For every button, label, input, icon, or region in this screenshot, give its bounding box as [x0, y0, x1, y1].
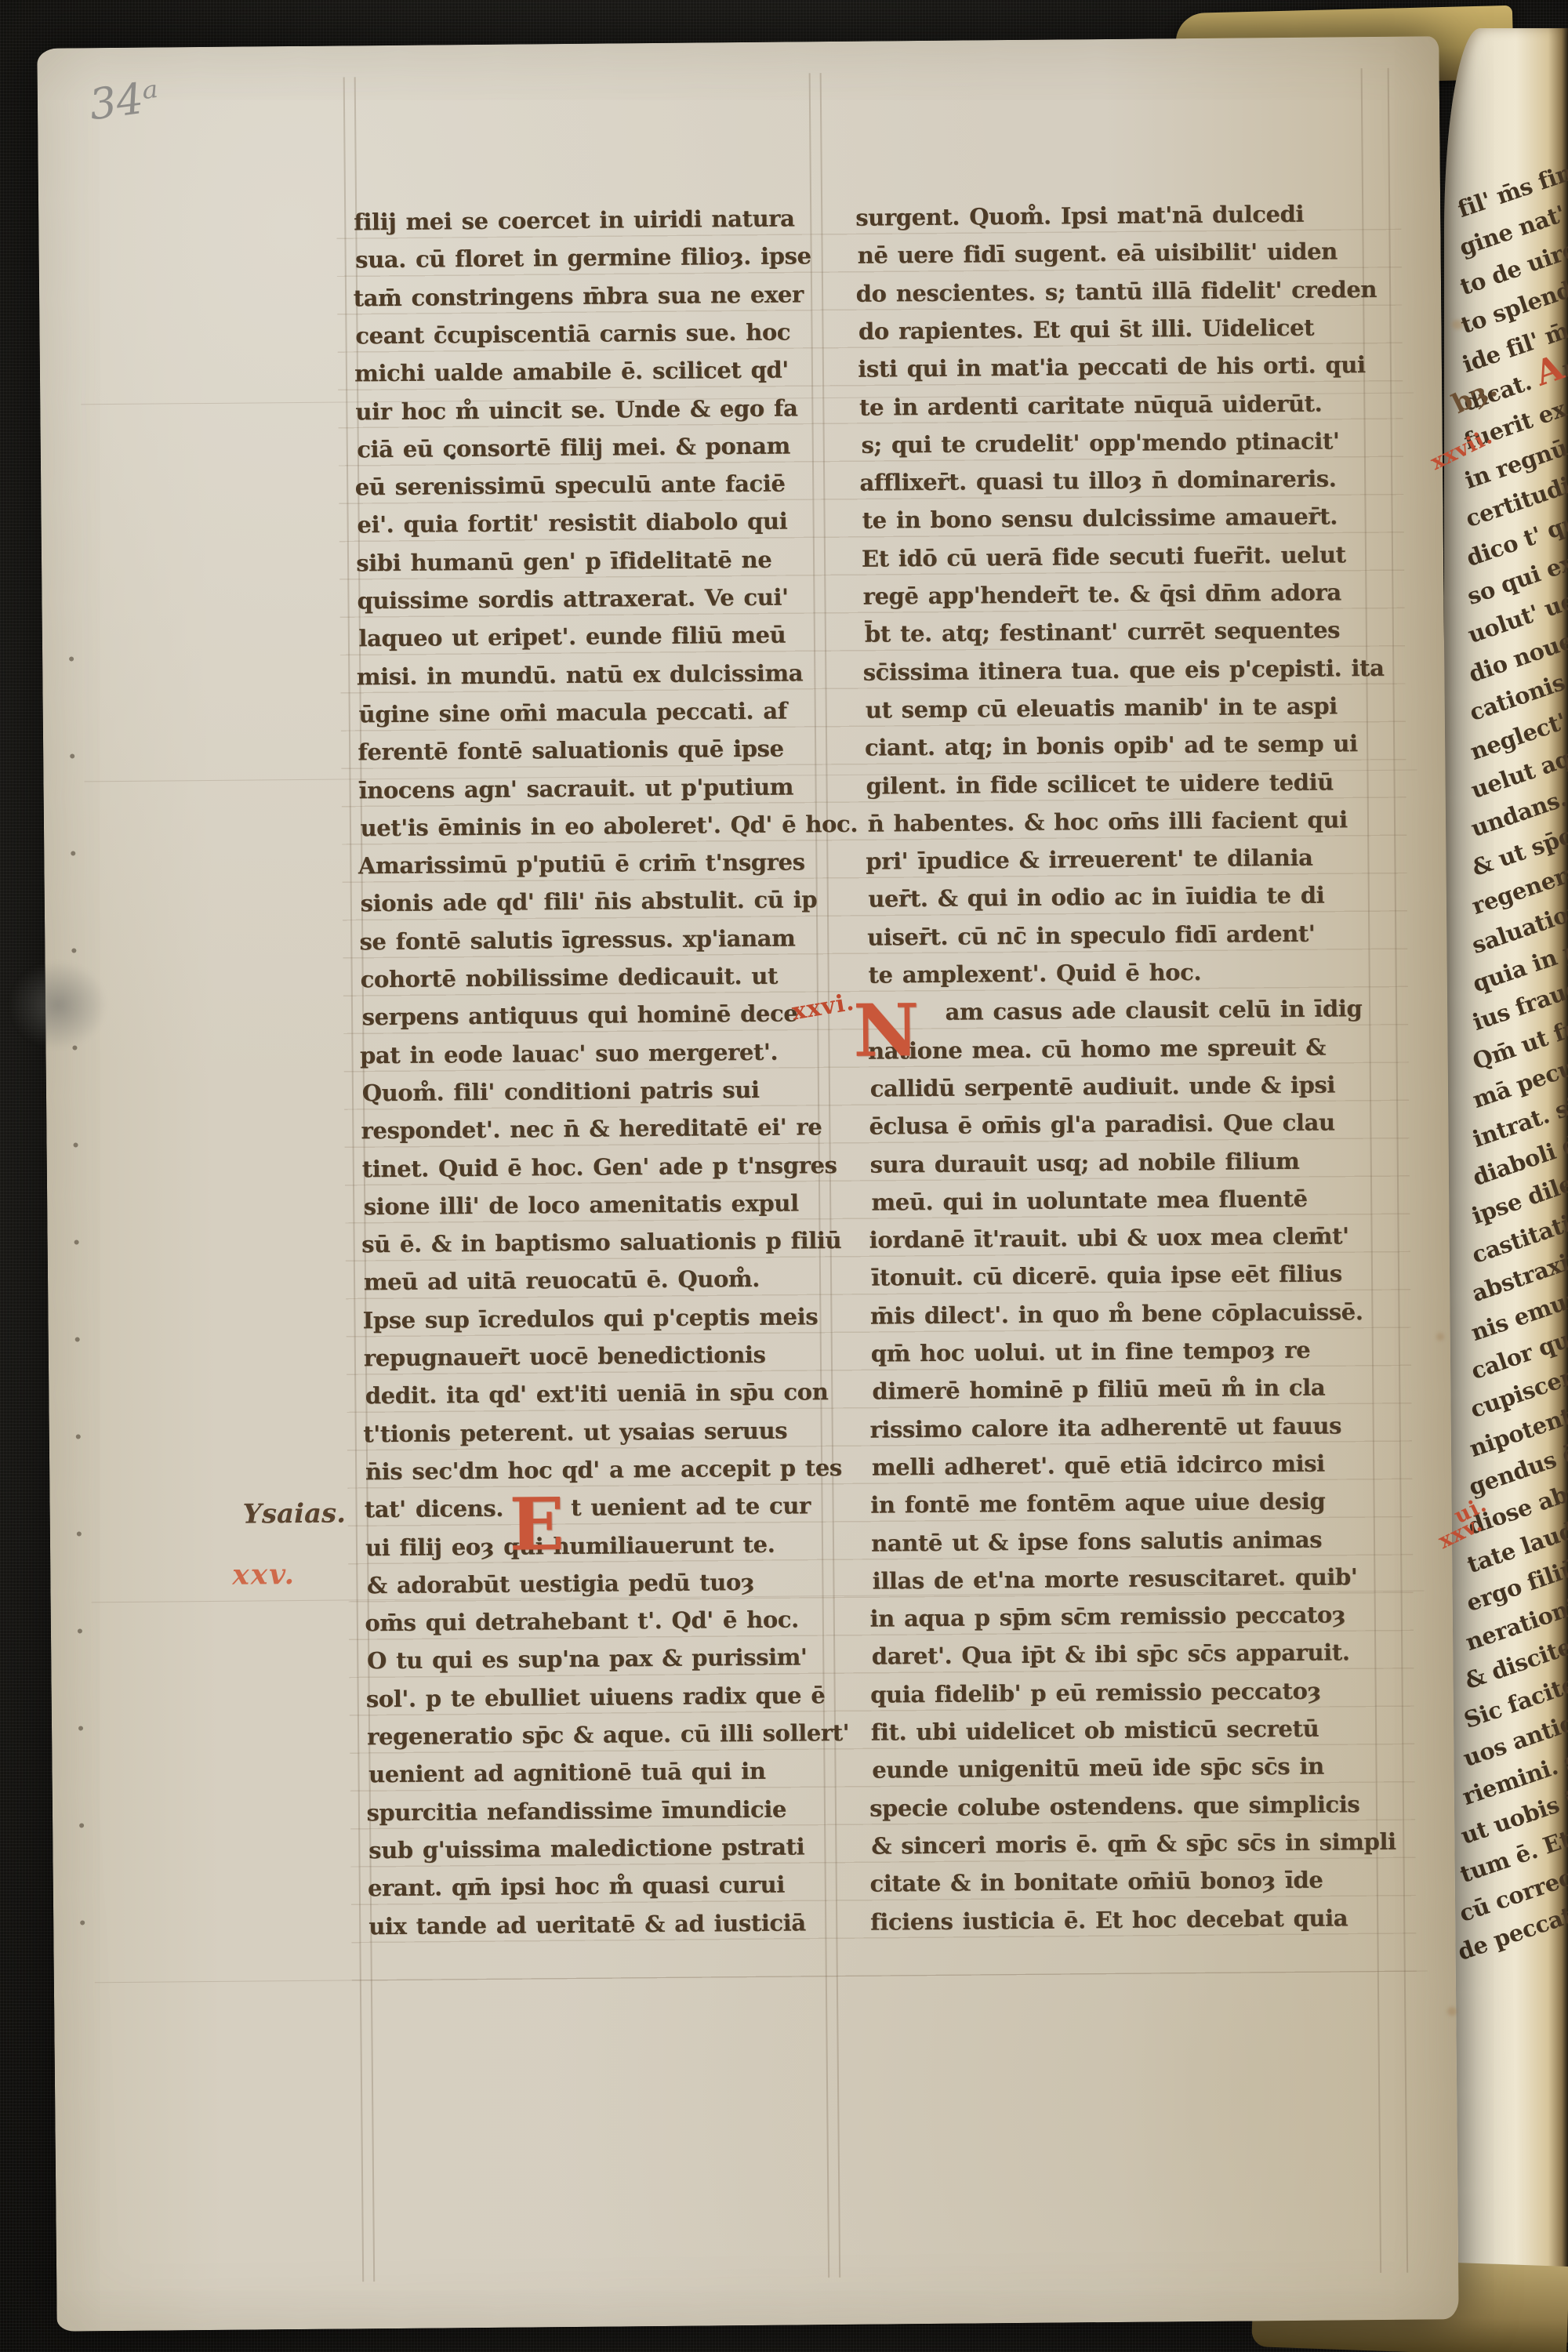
manuscript-text-line: quia fidelib' p eū remissio peccatoȝ: [870, 1677, 1321, 1719]
manuscript-text-line: O tu qui es sup'na pax & purissim': [367, 1644, 808, 1686]
manuscript-text-line: dimerē hominē p filiū meū m̊ in cla: [872, 1374, 1325, 1416]
manuscript-text-line: cohortē nobilissime dedicauit. ut: [361, 963, 779, 1004]
manuscript-text-line: regeneratio sp̄c & aque. cū illi sollert…: [367, 1719, 849, 1761]
manuscript-text-line: michi ualde amabile ē. scilicet qd': [354, 357, 789, 398]
manuscript-text-line: melli adheret'. quē etiā idcirco misi: [872, 1450, 1325, 1491]
manuscript-text-line: callidū serpentē audiuit. unde & ipsi: [870, 1071, 1336, 1112]
manuscript-text-line: nantē ut & ipse fons salutis animas: [871, 1526, 1322, 1567]
folio-number: 34ᵃ: [86, 71, 162, 129]
manuscript-text-line: ut semp cū eleuatis manib' in te aspi: [866, 692, 1338, 734]
manuscript-text-line: & adorabūt uestigia pedū tuoȝ: [367, 1569, 754, 1610]
manuscript-text-line: sibi humanū gen' p īfidelitatē ne: [356, 546, 771, 587]
manuscript-text-line: dedit. ita qd' ext'iti ueniā in sp̄u con: [365, 1378, 829, 1420]
pricking-hole: [80, 1920, 85, 1925]
pricking-hole: [77, 1531, 82, 1536]
manuscript-text-line: daret'. Qua ip̄t & ibi sp̄c sc̄s apparui…: [872, 1639, 1350, 1681]
manuscript-text-line: citate & in bonitate om̄iū bonoȝ īde: [869, 1867, 1323, 1908]
manuscript-text-line: sura durauit usq; ad nobile filium: [870, 1147, 1300, 1189]
fox-spot: [1447, 2007, 1457, 2016]
ink-speck: [450, 454, 456, 459]
manuscript-text-line: ēclusa ē om̄is gl'a paradisi. Que clau: [869, 1109, 1335, 1151]
manuscript-text-line: uenient ad agnitionē tuā qui in: [368, 1758, 766, 1798]
manuscript-text-line: tat' dicens. t uenient ad te cur: [365, 1493, 811, 1534]
manuscript-text-line: m̄is dilect'. in quo m̊ bene cōplacuissē…: [870, 1298, 1363, 1340]
manuscript-text-line: s; qui te crudelit' opp'mendo ptinacit': [861, 427, 1339, 469]
manuscript-text-line: serpens antiquus qui hominē dece: [361, 1000, 797, 1042]
manuscript-text-line: misi. in mundū. natū ex dulcissima: [357, 659, 804, 701]
manuscript-text-line: n̄ habentes. & hoc om̄s illi facient qui: [868, 806, 1348, 848]
manuscript-text-line: b̄t te. atq; festinant' currēt sequentes: [865, 617, 1340, 659]
manuscript-text-line: fit. ubi uidelicet ob misticū secretū: [871, 1715, 1319, 1757]
manuscript-text-line: rissimo calore ita adherentē ut fauus: [869, 1412, 1341, 1454]
manuscript-text-line: eū serenissimū speculū ante faciē: [355, 470, 786, 512]
manuscript-text-line: meū. qui in uoluntate mea fluentē: [871, 1185, 1308, 1227]
edge-rubric-initial-a: A: [1530, 347, 1568, 394]
pricking-hole: [76, 1434, 81, 1439]
manuscript-text-line: sū ē. & in baptismo saluationis p filiū: [361, 1227, 841, 1269]
pricking-hole: [74, 1240, 79, 1244]
manuscript-text-line: ei'. quia fortit' resistit diabolo qui: [357, 508, 787, 550]
manuscript-text-line: in fontē me fontēm aque uiue desig: [870, 1488, 1325, 1530]
manuscript-text-line: do rapientes. Et qui s̄t illi. Uidelicet: [858, 314, 1315, 356]
manuscript-text-line: am casus ade clausit celū in īdig: [869, 995, 1362, 1036]
manuscript-text-line: tinet. Quid ē hoc. Gen' ade p t'nsgres: [362, 1152, 837, 1193]
manuscript-text-line: filij mei se coercet in uiridi natura: [354, 205, 795, 246]
manuscript-text-line: & sinceri moris ē. qm̄ & sp̄c sc̄s in si…: [871, 1828, 1396, 1871]
manuscript-photo: fil' m̄s fine ullagine nat' ē. ut eto de…: [0, 0, 1568, 2352]
manuscript-text-line: uiser̄t. cū nc̄ in speculo fidī ardent': [867, 920, 1316, 961]
manuscript-text-line: respondet'. nec n̄ & hereditatē ei' re: [361, 1113, 822, 1155]
manuscript-text-line: eunde unigenitū meū ide sp̄c sc̄s in: [872, 1753, 1324, 1795]
manuscript-text-line: iordanē īt'rauit. ubi & uox mea clem̄t': [869, 1222, 1349, 1264]
manuscript-text-line: ceant c̄cupiscentiā carnis sue. hoc: [355, 318, 790, 360]
manuscript-text-line: laqueo ut eripet'. eunde filiū meū: [358, 622, 786, 663]
manuscript-text-line: gilent. in fide scilicet te uidere tediū: [866, 768, 1334, 810]
manuscript-text-line: quissime sordis attraxerat. Ve cui': [357, 584, 788, 626]
fox-spot: [1452, 320, 1463, 329]
manuscript-text-line: do nescientes. s; tantū illā fidelit' cr…: [856, 276, 1377, 318]
text-column-left: filij mei se coercet in uiridi naturasua…: [354, 205, 824, 209]
manuscript-text-line: sionis ade qd' fili' n̄is abstulit. cū i…: [361, 887, 818, 928]
manuscript-text-line: meū ad uitā reuocatū ē. Quom̊.: [364, 1265, 760, 1306]
manuscript-text-line: t'tionis peterent. ut ysaias seruus: [363, 1417, 787, 1458]
manuscript-text-line: repugnauer̄t uocē benedictionis: [364, 1341, 766, 1382]
manuscript-text-line: erant. qm̄ ipsi hoc m̊ quasi curui: [368, 1871, 785, 1913]
manuscript-text-line: īnocens agn' sacrauit. ut p'putium: [358, 773, 793, 815]
manuscript-text-line: sione illi' de loco amenitatis expul: [364, 1189, 799, 1231]
text-column-right: surgent. Quom̊. Ipsi mat'nā dulcedinē ue…: [855, 200, 1379, 205]
manuscript-text-line: Ipse sup īcredulos qui p'ceptis meis: [363, 1303, 818, 1345]
manuscript-text-line: ferentē fontē saluationis quē ipse: [358, 735, 784, 777]
manuscript-text-line: Amarissimū p'putiū ē crim̄ t'nsgres: [358, 848, 805, 890]
manuscript-text-line: natione mea. cū homo me spreuit &: [868, 1033, 1326, 1075]
manuscript-text-line: qm̄ hoc uolui. ut in fine tempoȝ re: [871, 1337, 1311, 1378]
manuscript-text-line: Et idō cū uerā fide secuti fuer̄it. uelu…: [862, 541, 1346, 583]
manuscript-text-line: sc̄issima itinera tua. que eis p'cepisti…: [863, 654, 1385, 696]
pricking-hole: [78, 1628, 82, 1633]
manuscript-text-line: Quom̊. fili' conditioni patris sui: [362, 1076, 760, 1117]
manuscript-text-line: ficiens iusticia ē. Et hoc decebat quia: [870, 1904, 1348, 1946]
manuscript-text-line: tam̄ constringens m̄bra sua ne exer: [353, 281, 804, 322]
manuscript-text-line: ūgine sine om̄i macula peccati. af: [358, 697, 787, 739]
rubric-initial-e: E: [509, 1493, 564, 1556]
manuscript-text-line: specie colube ostendens. que simplicis: [869, 1791, 1360, 1832]
manuscript-text-line: te in bono sensu dulcissime amauer̄t.: [862, 503, 1338, 545]
manuscript-text-line: ītonuit. cū dicerē. quia ipse eēt filius: [871, 1261, 1342, 1302]
manuscript-text-line: spurcitia nefandissime īmundicie: [366, 1795, 786, 1837]
pricking-hole: [79, 1823, 84, 1828]
manuscript-text-line: uer̄t. & qui in odio ac in īuidia te di: [868, 882, 1324, 924]
manuscript-text-line: isti qui in mat'ia peccati de his orti. …: [858, 351, 1366, 394]
fore-edge-next-page: fil' m̄s fine ullagine nat' ē. ut eto de…: [1444, 28, 1568, 2343]
pricking-hole: [71, 948, 76, 953]
manuscript-text-line: om̄s qui detrahebant t'. Qd' ē hoc.: [365, 1606, 799, 1648]
manuscript-text-line: ui filij eoȝ qui humiliauerunt te.: [365, 1530, 775, 1572]
manuscript-text-line: illas de et'na morte resuscitaret. quib': [872, 1563, 1357, 1605]
manuscript-text-line: pri' īpudice & irreuerent' te dilania: [866, 844, 1312, 886]
manuscript-text-line: n̄is sec'dm hoc qd' a me accepit p tes: [365, 1454, 842, 1496]
manuscript-text-line: te in ardenti caritate nūquā uiderūt.: [859, 390, 1323, 431]
manuscript-text-line: uet'is ēminis in eo aboleret'. Qd' ē hoc…: [360, 811, 858, 853]
pricking-hole: [78, 1726, 83, 1730]
pricking-hole: [70, 753, 74, 758]
margin-note-chapter-xxv: xxv.: [232, 1558, 296, 1592]
parchment-page: 34ᵃ filij mei se coercet in uiridi natur…: [37, 36, 1458, 2331]
pricking-hole: [71, 851, 75, 855]
rubric-initial-n: N: [853, 999, 920, 1062]
manuscript-text-line: sub g'uissima maledictione pstrati: [368, 1833, 804, 1875]
grey-smudge: [9, 961, 107, 1049]
manuscript-text-line: uir hoc m̊ uincit se. Unde & ego fa: [355, 394, 797, 436]
pricking-hole: [75, 1337, 80, 1341]
manuscript-text-line: ciā eū consortē filij mei. & ponam: [357, 432, 790, 474]
manuscript-text-line: uix tande ad ueritatē & ad iusticiā: [368, 1909, 806, 1951]
manuscript-text-line: sua. cū floret in germine filioȝ. ipse: [355, 243, 811, 285]
manuscript-text-line: in aqua p sp̄m sc̄m remissio peccatoȝ: [869, 1601, 1345, 1642]
manuscript-text-line: ciant. atq; in bonis opib' ad te semp ui: [865, 730, 1358, 771]
manuscript-text-line: se fontē salutis īgressus. xp'ianam: [359, 924, 795, 966]
manuscript-text-line: nē uere fidī sugent. eā uisibilit' uiden: [858, 238, 1338, 280]
pricking-hole: [69, 656, 74, 661]
manuscript-text-line: afflixer̄t. quasi tu illoȝ n̄ dominareri…: [859, 466, 1336, 507]
fox-spot: [1436, 1333, 1444, 1341]
margin-note-isaias: Ysaias.: [242, 1497, 346, 1530]
manuscript-text-line: regē app'hender̄t te. & q̄si dn̄m adora: [862, 579, 1341, 620]
manuscript-text-line: pat in eode lauac' suo mergeret'.: [360, 1038, 778, 1080]
manuscript-text-line: sol'. p te ebulliet uiuens radix que ē: [366, 1682, 826, 1723]
manuscript-text-line: surgent. Quom̊. Ipsi mat'nā dulcedi: [855, 201, 1304, 242]
pricking-hole: [74, 1142, 78, 1147]
